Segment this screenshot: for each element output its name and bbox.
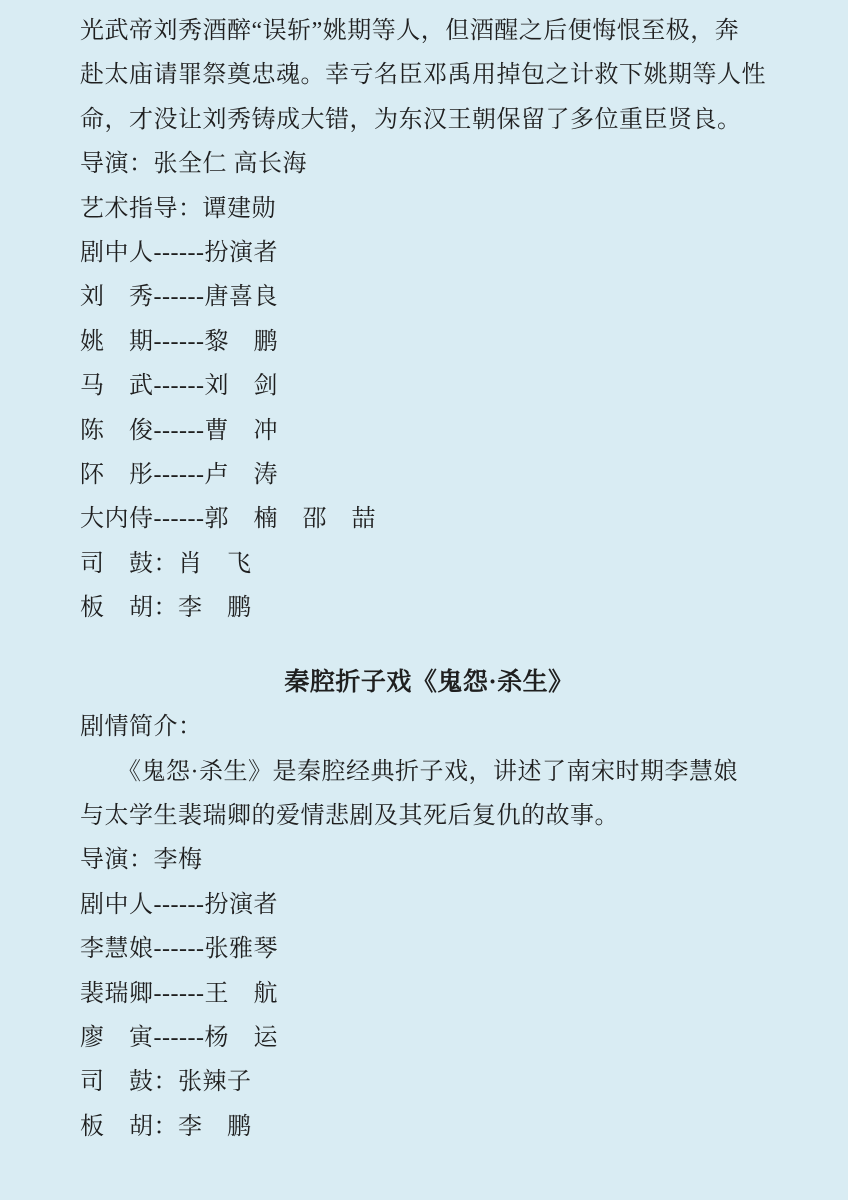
play1-synopsis-line: 光武帝刘秀酒醉“误斩”姚期等人，但酒醒之后便悔恨至极，奔	[80, 9, 778, 53]
play2-section: 秦腔折子戏《鬼怨·杀生》 剧情简介： 《鬼怨·杀生》是秦腔经典折子戏，讲述了南宋…	[80, 661, 778, 1149]
play1-cast-line: 陈 俊------曹 冲	[80, 409, 778, 453]
play1-cast-line: 刘 秀------唐喜良	[80, 275, 778, 319]
play1-director-line: 导演：张全仁 高长海	[80, 142, 778, 186]
play2-title: 秦腔折子戏《鬼怨·杀生》	[80, 661, 778, 705]
play1-synopsis-line: 赴太庙请罪祭奠忠魂。幸亏名臣邓禹用掉包之计救下姚期等人性	[80, 53, 778, 97]
play1-banhu-line: 板 胡：李 鹏	[80, 586, 778, 630]
play2-synopsis-heading: 剧情简介：	[80, 705, 778, 749]
play1-cast-line: 阫 彤------卢 涛	[80, 453, 778, 497]
play2-synopsis-line: 与太学生裴瑞卿的爱情悲剧及其死后复仇的故事。	[80, 794, 778, 838]
play2-cast-line: 廖 寅------杨 运	[80, 1016, 778, 1060]
play1-art-director-line: 艺术指导：谭建勋	[80, 187, 778, 231]
opera-program-document: 光武帝刘秀酒醉“误斩”姚期等人，但酒醒之后便悔恨至极，奔 赴太庙请罪祭奠忠魂。幸…	[0, 0, 848, 1200]
play1-section: 光武帝刘秀酒醉“误斩”姚期等人，但酒醒之后便悔恨至极，奔 赴太庙请罪祭奠忠魂。幸…	[80, 9, 778, 631]
play1-cast-line: 大内侍------郭 楠 邵 喆	[80, 497, 778, 541]
play1-cast-line: 姚 期------黎 鹏	[80, 320, 778, 364]
play1-synopsis-line: 命，才没让刘秀铸成大错，为东汉王朝保留了多位重臣贤良。	[80, 98, 778, 142]
play2-banhu-line: 板 胡：李 鹏	[80, 1105, 778, 1149]
play2-cast-line: 裴瑞卿------王 航	[80, 972, 778, 1016]
play1-cast-header-line: 剧中人------扮演者	[80, 231, 778, 275]
play2-cast-line: 李慧娘------张雅琴	[80, 927, 778, 971]
play2-cast-header-line: 剧中人------扮演者	[80, 883, 778, 927]
play2-drummer-line: 司 鼓：张辣子	[80, 1060, 778, 1104]
play2-synopsis-line: 《鬼怨·杀生》是秦腔经典折子戏，讲述了南宋时期李慧娘	[80, 750, 778, 794]
section-divider-space	[80, 631, 778, 661]
play2-director-line: 导演：李梅	[80, 838, 778, 882]
play1-cast-line: 马 武------刘 剑	[80, 364, 778, 408]
play1-drummer-line: 司 鼓：肖 飞	[80, 542, 778, 586]
